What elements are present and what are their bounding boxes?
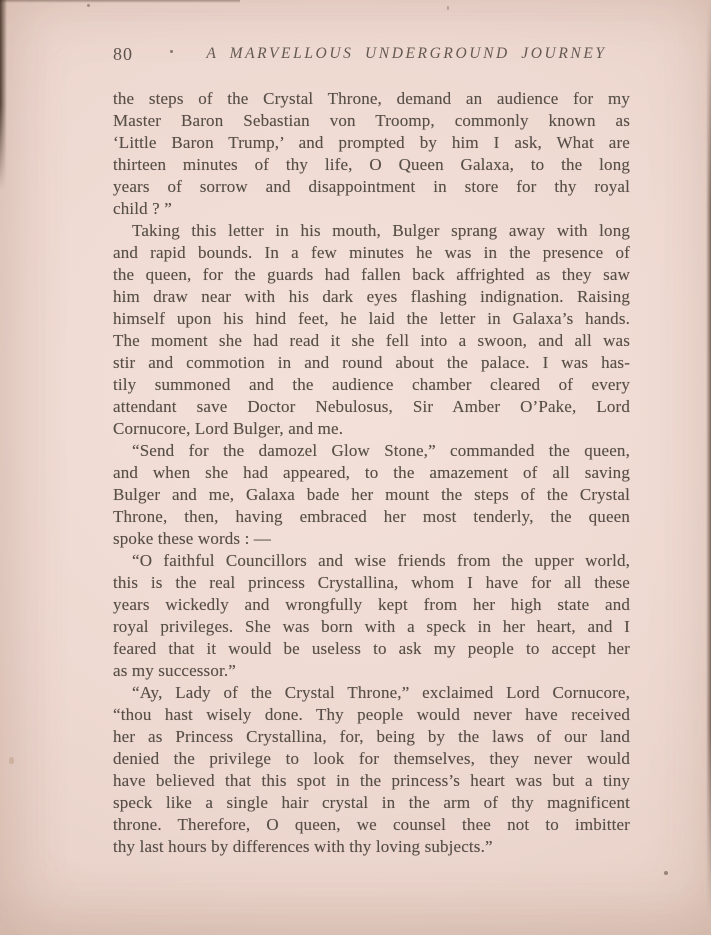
text-line: feared that it would be useless to ask m…	[113, 638, 630, 660]
scan-edge-right	[706, 0, 711, 935]
paragraph: the steps of the Crystal Throne, demand …	[113, 88, 630, 220]
text-line: Bulger and me, Galaxa bade her mount the…	[113, 484, 630, 506]
text-line: him draw near with his dark eyes flashin…	[113, 286, 630, 308]
book-page: 80 A MARVELLOUS UNDERGROUND JOURNEY the …	[0, 0, 711, 935]
text-line: and when she had appeared, to the amazem…	[113, 462, 630, 484]
text-line: speck like a single hair crystal in the …	[113, 792, 630, 814]
text-line: “Ay, Lady of the Crystal Throne,” exclai…	[113, 682, 630, 704]
text-line: thirteen minutes of thy life, O Queen Ga…	[113, 154, 630, 176]
text-line: Taking this letter in his mouth, Bulger …	[113, 220, 630, 242]
text-line: her as Princess Crystallina, for, being …	[113, 726, 630, 748]
text-line: denied the privilege to look for themsel…	[113, 748, 630, 770]
text-line: have believed that this spot in the prin…	[113, 770, 630, 792]
text-line: Master Baron Sebastian von Troomp, commo…	[113, 110, 630, 132]
paragraph: “O faithful Councillors and wise friends…	[113, 550, 630, 682]
page-header: 80 A MARVELLOUS UNDERGROUND JOURNEY	[113, 44, 630, 68]
text-line: Throne, then, having embraced her most t…	[113, 506, 630, 528]
paper-speck	[9, 757, 14, 764]
text-line: years wickedly and wrongfully kept from …	[113, 594, 630, 616]
scan-edge-top	[0, 0, 240, 3]
text-line: years of sorrow and disappointment in st…	[113, 176, 630, 198]
paper-speck	[664, 871, 668, 875]
text-line: attendant save Doctor Nebulosus, Sir Amb…	[113, 396, 630, 418]
paragraph: “Ay, Lady of the Crystal Throne,” exclai…	[113, 682, 630, 858]
text-line: thy last hours by differences with thy l…	[113, 836, 630, 858]
text-line: child ? ”	[113, 198, 630, 220]
text-line: spoke these words : —	[113, 528, 630, 550]
text-line: himself upon his hind feet, he laid the …	[113, 308, 630, 330]
paragraph: “Send for the damozel Glow Stone,” comma…	[113, 440, 630, 550]
running-title: A MARVELLOUS UNDERGROUND JOURNEY	[183, 45, 630, 63]
paper-speck	[447, 6, 449, 10]
text-line: The moment she had read it she fell into…	[113, 330, 630, 352]
text-line: this is the real princess Crystallina, w…	[113, 572, 630, 594]
text-line: throne. Therefore, O queen, we counsel t…	[113, 814, 630, 836]
text-line: as my successor.”	[113, 660, 630, 682]
text-block: the steps of the Crystal Throne, demand …	[113, 88, 630, 858]
paper-speck	[87, 4, 90, 7]
text-line: Cornucore, Lord Bulger, and me.	[113, 418, 630, 440]
text-line: stir and commotion in and round about th…	[113, 352, 630, 374]
text-line: the queen, for the guards had fallen bac…	[113, 264, 630, 286]
text-line: the steps of the Crystal Throne, demand …	[113, 88, 630, 110]
page-number: 80	[113, 44, 133, 65]
text-line: tily summoned and the audience chamber c…	[113, 374, 630, 396]
text-line: ‘Little Baron Trump,’ and prompted by hi…	[113, 132, 630, 154]
text-line: “O faithful Councillors and wise friends…	[113, 550, 630, 572]
scan-edge-left	[0, 0, 7, 190]
text-line: and rapid bounds. In a few minutes he wa…	[113, 242, 630, 264]
text-line: “thou hast wisely done. Thy people would…	[113, 704, 630, 726]
paragraph: Taking this letter in his mouth, Bulger …	[113, 220, 630, 440]
text-line: royal privileges. She was born with a sp…	[113, 616, 630, 638]
text-line: “Send for the damozel Glow Stone,” comma…	[113, 440, 630, 462]
